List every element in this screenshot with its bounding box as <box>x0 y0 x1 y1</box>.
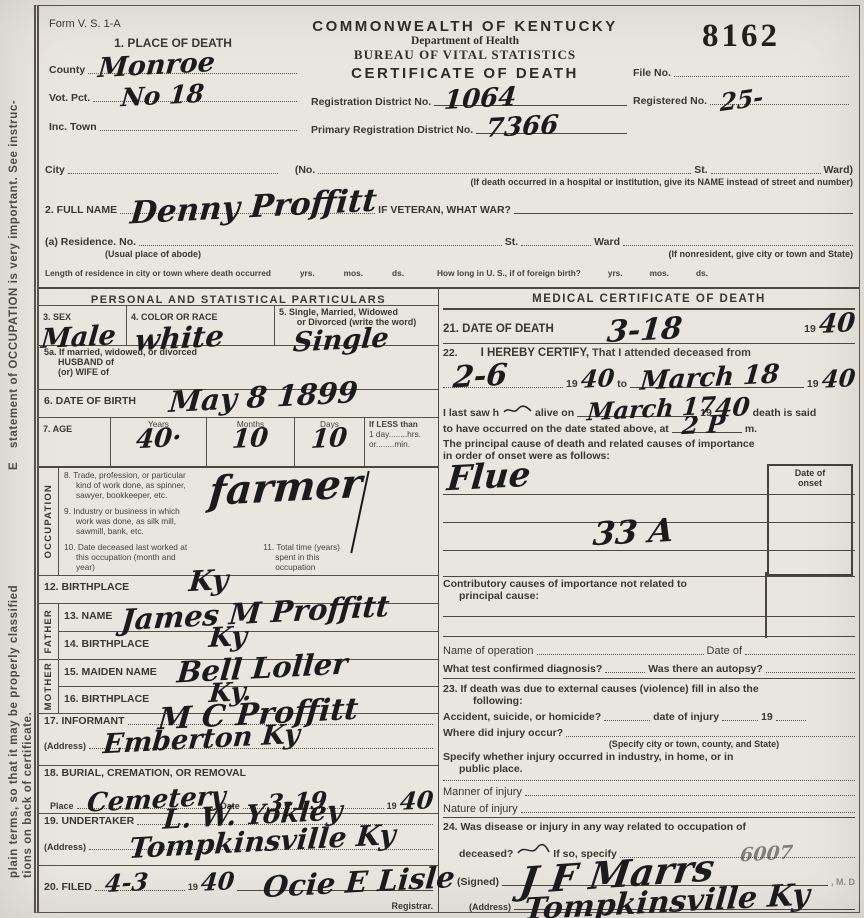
certificate-sheet: Form V. S. 1-A 1. PLACE OF DEATH County … <box>34 5 860 913</box>
undertaker-row: 19. UNDERTAKER L. W. Yokley (Address) To… <box>39 814 438 866</box>
length-residence-row: Length of residence in city or town wher… <box>45 268 853 278</box>
father-name-label: 13. NAME <box>64 610 112 622</box>
accident-rule <box>604 719 650 721</box>
nonresident-note: (If nonresident, give city or town and S… <box>668 249 853 259</box>
total-time-label-3: occupation <box>275 562 340 572</box>
pen-scribble-answer <box>516 843 550 857</box>
residence-st-rule <box>521 244 591 246</box>
informant-address-value: Emberton Ky <box>102 724 301 756</box>
residence-label: (a) Residence. No. <box>45 236 136 248</box>
abode-note: (Usual place of abode) <box>105 249 201 259</box>
medical-column: MEDICAL CERTIFICATE OF DEATH 21. DATE OF… <box>439 289 859 912</box>
file-no-field: File No. <box>633 67 849 79</box>
street-label: St. <box>694 164 707 176</box>
separator-dotted-rule <box>443 780 855 781</box>
filed-date-value: 4-3 <box>104 872 149 894</box>
registrar-signature-rule: Ocie E Lisle <box>237 889 433 891</box>
length-ds-label: ds. <box>392 268 404 278</box>
spouse-label-1: 5a. If married, widowed, or divorced <box>44 347 433 357</box>
death-certificate-scan: statement of OCCUPATION is very importan… <box>0 0 864 918</box>
city-line: City (No. St. Ward) <box>45 164 853 176</box>
accident-line: Accident, suicide, or homicide? date of … <box>443 711 855 723</box>
length-yrs-label: yrs. <box>300 268 315 278</box>
last-worked-row: 10. Date deceased last worked at this oc… <box>64 542 433 572</box>
dod-year-prefix: 19 <box>804 323 816 335</box>
onset-label-2: onset <box>769 478 851 488</box>
how-long-us-label: How long in U. S., if of foreign birth? <box>437 268 581 278</box>
last-worked-label-2: this occupation (month and <box>76 552 263 562</box>
age-days-cell: Days 10 <box>295 418 365 466</box>
medical-title-double-rule <box>443 308 855 310</box>
nature-injury-label: Nature of injury <box>443 803 518 815</box>
inc-town-field: Inc. Town <box>49 121 297 133</box>
county-label: County <box>49 64 85 76</box>
manner-injury-rule <box>525 794 855 796</box>
residence-rule <box>139 244 502 246</box>
filed-year-prefix: 19 <box>188 882 198 892</box>
color-race-cell: 4. COLOR OR RACE white <box>127 306 275 345</box>
signed-address-label: (Address) <box>469 902 511 912</box>
date-of-death-rule: 3-18 <box>557 339 801 341</box>
to-year-value: 40 <box>821 368 856 389</box>
informant-address-label: (Address) <box>44 741 86 751</box>
personal-title-text: PERSONAL AND STATISTICAL PARTICULARS <box>91 294 386 306</box>
contributory-area: Contributory causes of importance not re… <box>443 572 855 637</box>
residence-notes: (Usual place of abode) (If nonresident, … <box>45 249 853 259</box>
external-causes-block: 23. If death was due to external causes … <box>443 683 855 818</box>
sex-cell: 3. SEX Male <box>39 306 127 345</box>
where-injury-label: Where did injury occur? <box>443 727 563 739</box>
test-label: What test confirmed diagnosis? <box>443 663 602 675</box>
header-center: COMMONWEALTH OF KENTUCKY Department of H… <box>297 18 633 166</box>
occupation-block: OCCUPATION 8. Trade, profession, or part… <box>39 468 438 576</box>
signed-label: (Signed) <box>457 876 499 888</box>
residence-ward-label: Ward <box>594 236 620 248</box>
header: Form V. S. 1-A 1. PLACE OF DEATH County … <box>45 18 855 166</box>
personal-title: PERSONAL AND STATISTICAL PARTICULARS <box>39 289 438 306</box>
filed-year-value: 40 <box>200 871 235 892</box>
date-of-onset-box: Date of onset <box>767 464 853 576</box>
specify-city-note: (Specify city or town, county, and State… <box>533 739 855 749</box>
birthplace-value: Ky <box>188 569 229 594</box>
columns: PERSONAL AND STATISTICAL PARTICULARS 3. … <box>39 287 859 912</box>
last-saw-label: I last saw h <box>443 407 499 419</box>
inc-town-rule <box>100 129 297 131</box>
md-label: , M. D <box>831 877 855 887</box>
veteran-rule <box>514 212 853 214</box>
full-name-label: 2. FULL NAME <box>45 204 117 216</box>
age-months-cell: Months 10 <box>207 418 295 466</box>
onset-label-1: Date of <box>769 468 851 478</box>
father-side-cell: FATHER <box>39 604 59 659</box>
date-of-death-row: 21. DATE OF DEATH 3-18 19 40 <box>443 314 855 344</box>
occurred-time-rule: 2 P <box>672 431 742 433</box>
mother-name-value: Bell Loller <box>176 652 348 684</box>
filed-label: 20. FILED <box>44 881 92 893</box>
manner-injury-label: Manner of injury <box>443 786 522 798</box>
voting-precinct-value: No 18 <box>120 84 205 108</box>
county-value: Monroe <box>97 52 216 80</box>
total-time-label-2: spent in this <box>275 552 340 562</box>
mother-birthplace-label: 16. BIRTHPLACE <box>64 693 149 705</box>
county-rule: Monroe <box>88 72 297 74</box>
primary-district-field: Primary Registration District No. 7366 <box>311 124 627 136</box>
less-than-label-2: 1 day........hrs. <box>369 429 434 439</box>
full-name-rule: Denny Proffitt <box>120 212 375 214</box>
certify-block: 22. I HEREBY CERTIFY, That I attended de… <box>443 344 855 462</box>
informant-label: 17. INFORMANT <box>44 715 125 727</box>
personal-column: PERSONAL AND STATISTICAL PARTICULARS 3. … <box>39 289 439 912</box>
mother-side-cell: MOTHER <box>39 660 59 713</box>
father-birthplace-label: 14. BIRTHPLACE <box>64 638 149 650</box>
length-residence-label: Length of residence in city or town wher… <box>45 268 271 278</box>
injury-date-label: date of injury <box>653 711 719 723</box>
margin-note-plain-terms: plain terms, so that it may be properly … <box>8 585 20 878</box>
spouse-label-3: (or) WIFE of <box>58 367 433 377</box>
full-name-value: Denny Proffitt <box>129 189 378 227</box>
registration-district-field: Registration District No. 1064 <box>311 96 627 108</box>
residence-row: (a) Residence. No. St. Ward (Usual place… <box>45 236 853 259</box>
burial-place-label: Place <box>50 801 74 811</box>
age-row: 7. AGE Years 40· Months 10 Days 10 <box>39 418 438 468</box>
registered-no-value: 25- <box>720 87 764 113</box>
date-of-death-label: 21. DATE OF DEATH <box>443 323 554 335</box>
cause-of-death-area: Date of onset Flue 33 A <box>443 464 855 572</box>
sex-color-marital-row: 3. SEX Male 4. COLOR OR RACE white 5. Si… <box>39 306 438 346</box>
signed-address-rule: Tompkinsville Ky <box>514 908 855 910</box>
operation-date-rule <box>745 653 855 655</box>
injury-date-rule <box>722 719 758 721</box>
occupation-relation-block: 24. Was disease or injury in any way rel… <box>443 818 855 912</box>
margin-note-stray-e: E <box>8 462 20 470</box>
burial-year-value: 40 <box>399 790 434 811</box>
certificate-title: CERTIFICATE OF DEATH <box>297 65 633 82</box>
hospital-note: (If death occurred in a hospital or inst… <box>45 177 853 187</box>
dod-year-value: 40 <box>818 313 856 336</box>
last-worked-label-1: 10. Date deceased last worked at <box>64 542 263 552</box>
sex-label: 3. SEX <box>43 312 71 322</box>
registered-no-field: Registered No. 25- <box>633 95 849 107</box>
alive-on-label: alive on <box>535 407 574 419</box>
commonwealth-title: COMMONWEALTH OF KENTUCKY <box>297 18 633 35</box>
related-label: 24. Was disease or injury in any way rel… <box>443 821 855 833</box>
autopsy-label: Was there an autopsy? <box>648 663 763 675</box>
residence-st-label: St. <box>505 236 518 248</box>
city-rule <box>68 172 278 174</box>
file-no-rule <box>674 75 849 77</box>
form-number: Form V. S. 1-A <box>49 18 297 30</box>
age-label: 7. AGE <box>43 424 72 434</box>
attended-to-value: March 18 <box>639 365 780 393</box>
specify-whether-2: public place. <box>459 763 855 775</box>
operation-date-label: Date of <box>707 645 742 657</box>
less-than-label-3: or........min. <box>369 439 434 449</box>
primary-district-label: Primary Registration District No. <box>311 124 473 136</box>
date-of-death-value: 3-18 <box>606 317 683 345</box>
father-side-label: FATHER <box>43 609 54 654</box>
place-of-death-heading: 1. PLACE OF DEATH <box>49 36 297 50</box>
burial-label: 18. BURIAL, CREMATION, OR REMOVAL <box>44 767 433 779</box>
informant-row: 17. INFORMANT M C Proffitt (Address) Emb… <box>39 714 438 766</box>
voting-precinct-rule: No 18 <box>93 100 297 102</box>
margin-note-instructions: tions on back of certificate. <box>22 712 34 878</box>
cause-code-value: 33 A <box>592 518 675 548</box>
last-saw-rule: March 17 <box>577 415 697 417</box>
item22-number: 22. <box>443 347 458 359</box>
file-no-label: File No. <box>633 67 671 79</box>
trade-value: farmer <box>208 468 364 508</box>
burial-year-prefix: 19 <box>387 801 397 811</box>
total-time-label-1: 11. Total time (years) <box>263 542 340 552</box>
cause-value: Flue <box>446 462 532 494</box>
mother-side-label: MOTHER <box>43 662 54 710</box>
principal-cause-text-1: The principal cause of death and related… <box>443 438 855 450</box>
nature-injury-line: Nature of injury <box>443 803 855 818</box>
marital-label-1: 5. Single, Married, Widowed <box>279 307 434 317</box>
industry-label-2: work was done, as silk mill, <box>76 516 433 526</box>
city-label: City <box>45 164 65 176</box>
registrar-label: Registrar. <box>44 901 433 911</box>
undertaker-address-line: (Address) Tompkinsville Ky <box>44 842 433 852</box>
county-field: County Monroe <box>49 64 297 76</box>
certificate-serial: 8162 <box>633 18 849 55</box>
test-rule <box>605 671 645 673</box>
manner-injury-line: Manner of injury <box>443 786 855 798</box>
header-left: Form V. S. 1-A 1. PLACE OF DEATH County … <box>45 18 297 166</box>
us-ds-label: ds. <box>696 268 708 278</box>
external-label-1: 23. If death was due to external causes … <box>443 683 855 695</box>
to-year-prefix: 19 <box>807 378 819 390</box>
deceased-label: deceased? <box>459 848 513 860</box>
registered-no-label: Registered No. <box>633 95 707 107</box>
death-said-label: death is said <box>753 407 817 419</box>
attended-from-value: 2-6 <box>452 364 508 391</box>
specify-whether-1: Specify whether injury occurred in indus… <box>443 751 855 763</box>
injury-year-rule <box>776 719 806 721</box>
street-rule <box>711 172 821 174</box>
us-mos-label: mos. <box>650 268 669 278</box>
industry-label-3: sawmill, bank, etc. <box>76 526 433 536</box>
residence-line: (a) Residence. No. St. Ward <box>45 236 853 248</box>
age-cell: 7. AGE <box>39 418 111 466</box>
contributory-label-1: Contributory causes of importance not re… <box>443 578 855 590</box>
total-time-cell: 11. Total time (years) spent in this occ… <box>263 542 340 572</box>
voting-precinct-label: Vot. Pct. <box>49 92 90 104</box>
from-year-prefix: 19 <box>566 378 578 390</box>
dob-value: May 8 1899 <box>168 381 359 414</box>
age-years-value: 40· <box>135 428 182 451</box>
header-right: 8162 File No. Registered No. 25- <box>633 18 855 166</box>
occurred-label: to have occurred on the date stated abov… <box>443 423 669 435</box>
inc-town-label: Inc. Town <box>49 121 97 133</box>
registration-district-label: Registration District No. <box>311 96 431 108</box>
age-days-value: 10 <box>311 428 349 451</box>
contributory-line-2 <box>443 636 855 637</box>
if-so-value: 6007 <box>739 845 793 863</box>
age-years-cell: Years 40· <box>111 418 207 466</box>
marital-cell: 5. Single, Married, Widowed or Divorced … <box>275 306 438 345</box>
accident-label: Accident, suicide, or homicide? <box>443 711 601 723</box>
autopsy-rule <box>766 671 855 673</box>
full-name-row: 2. FULL NAME Denny Proffitt IF VETERAN, … <box>45 204 853 216</box>
occupation-side-cell: OCCUPATION <box>39 468 59 575</box>
veteran-label: IF VETERAN, WHAT WAR? <box>378 204 511 216</box>
undertaker-address-value: Tompkinsville Ky <box>128 824 396 860</box>
last-worked-label-3: year) <box>76 562 263 572</box>
age-months-value: 10 <box>232 428 270 451</box>
filed-row: 20. FILED 4-3 19 40 Ocie E Lisle Registr… <box>39 866 438 912</box>
father-birthplace-value: Ky <box>208 626 248 650</box>
undertaker-address-label: (Address) <box>44 842 86 852</box>
registration-district-rule: 1064 <box>434 104 627 106</box>
last-saw-line: I last saw h alive on March 17 19 40 dea… <box>443 398 855 419</box>
test-autopsy-row: What test confirmed diagnosis? Was there… <box>443 663 855 679</box>
contributory-label-2: principal cause: <box>459 590 855 602</box>
pen-scribble-him <box>502 404 532 416</box>
city-row: City (No. St. Ward) (If death occurred i… <box>45 164 853 187</box>
length-mos-label: mos. <box>344 268 363 278</box>
us-yrs-label: yrs. <box>608 268 623 278</box>
primary-district-value: 7366 <box>485 115 559 140</box>
last-worked-cell: 10. Date deceased last worked at this oc… <box>64 542 263 572</box>
informant-address-line: (Address) Emberton Ky <box>44 741 433 751</box>
bureau-subtitle: BUREAU OF VITAL STATISTICS <box>297 47 633 63</box>
ward-label: Ward) <box>824 164 853 176</box>
nature-injury-rule <box>521 811 855 813</box>
registration-district-value: 1064 <box>443 87 517 112</box>
to-label: to <box>617 378 627 390</box>
father-name-value: James M Proffitt <box>120 595 390 632</box>
dob-row: 6. DATE OF BIRTH May 8 1899 <box>39 390 438 418</box>
medical-title-text: MEDICAL CERTIFICATE OF DEATH <box>532 293 766 305</box>
residence-ward-rule <box>623 244 853 246</box>
spouse-label-2: HUSBAND of <box>58 357 433 367</box>
street-no-rule <box>318 172 691 174</box>
where-injury-line: Where did injury occur? <box>443 727 855 739</box>
registrar-signature: Ocie E Lisle <box>262 866 456 899</box>
attended-from-rule: 2-6 <box>443 386 563 388</box>
informant-address-rule: Emberton Ky <box>89 747 433 749</box>
dob-label: 6. DATE OF BIRTH <box>44 395 136 407</box>
filed-date-rule: 4-3 <box>95 889 185 891</box>
occurred-time-value: 2 P <box>681 414 726 436</box>
external-label-2: following: <box>473 695 855 707</box>
operation-row: Name of operation Date of <box>443 645 855 657</box>
onset-column-rule <box>765 572 767 638</box>
contributory-line-1 <box>443 616 855 617</box>
less-than-cell: If LESS than 1 day........hrs. or.......… <box>365 418 438 466</box>
filed-line: 20. FILED 4-3 19 40 Ocie E Lisle <box>44 872 433 893</box>
occupation-side-label: OCCUPATION <box>43 484 54 558</box>
birthplace-label: 12. BIRTHPLACE <box>44 581 129 593</box>
injury-nineteen: 19 <box>761 711 773 723</box>
certify-line-2: 2-6 19 40 to March 18 19 40 <box>443 369 855 390</box>
street-no-label: (No. <box>295 164 315 176</box>
father-name-row: 13. NAME James M Proffitt <box>59 604 438 632</box>
department-subtitle: Department of Health <box>297 35 633 47</box>
voting-precinct-field: Vot. Pct. No 18 <box>49 92 297 104</box>
occupation-content: 8. Trade, profession, or particular kind… <box>59 468 438 575</box>
registered-no-rule: 25- <box>710 103 849 105</box>
m-label: m. <box>745 423 757 435</box>
undertaker-address-rule: Tompkinsville Ky <box>89 848 433 850</box>
occurred-line: to have occurred on the date stated abov… <box>443 423 855 435</box>
undertaker-label: 19. UNDERTAKER <box>44 815 134 827</box>
where-injury-rule <box>566 735 855 737</box>
signed-address-line: (Address) Tompkinsville Ky <box>443 902 855 912</box>
mother-name-label: 15. MAIDEN NAME <box>64 666 157 678</box>
less-than-label-1: If LESS than <box>369 419 434 429</box>
operation-label: Name of operation <box>443 645 534 657</box>
operation-rule <box>537 653 704 655</box>
margin-note-occupation: statement of OCCUPATION is very importan… <box>8 100 20 448</box>
primary-district-rule: 7366 <box>476 132 627 134</box>
attended-to-rule: March 18 <box>630 386 804 388</box>
medical-title: MEDICAL CERTIFICATE OF DEATH <box>443 289 855 307</box>
from-year-value: 40 <box>580 368 615 389</box>
